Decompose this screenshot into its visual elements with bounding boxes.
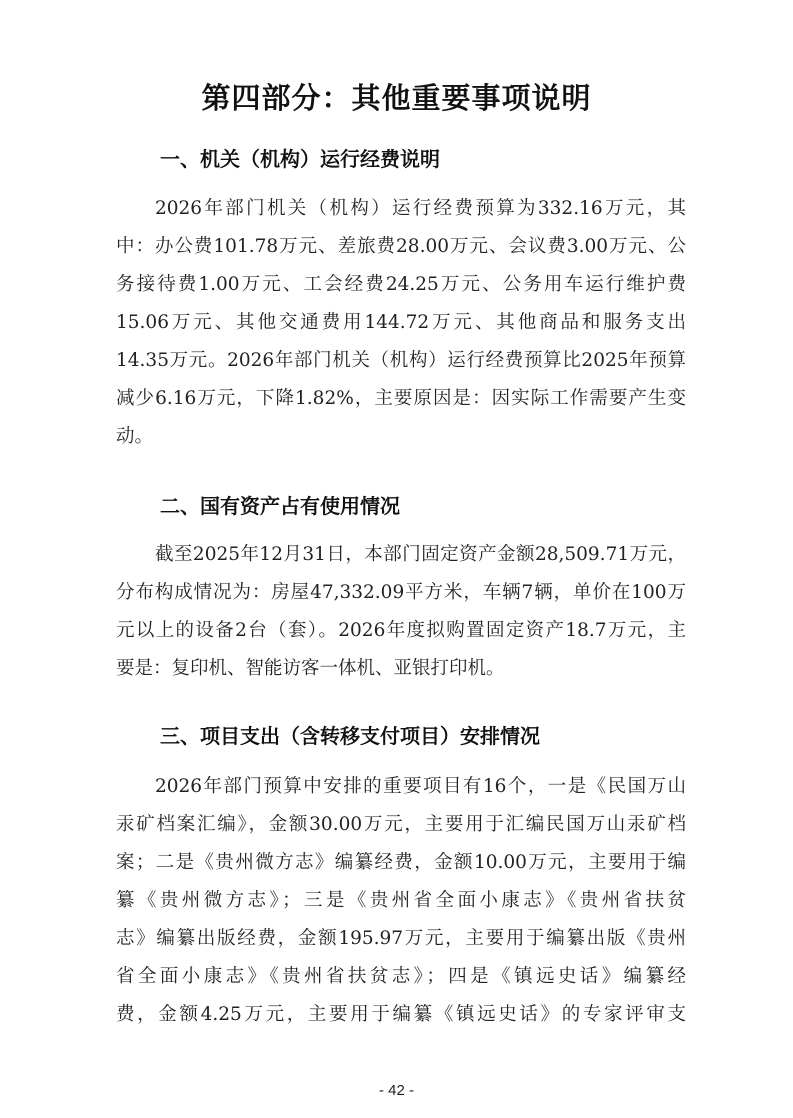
paragraph-line: 元以上的设备2台（套）。2026年度拟购置固定资产18.7万元，主 [116, 612, 686, 650]
paragraph-line: 要是：复印机、智能访客一体机、亚银打印机。 [116, 650, 686, 688]
paragraph-line: 纂《贵州微方志》；三是《贵州省全面小康志》《贵州省扶贫 [116, 882, 686, 920]
section-heading-project-expenditure: 三、项目支出（含转移支付项目）安排情况 [160, 720, 540, 749]
paragraph-line: 汞矿档案汇编》，金额30.00万元，主要用于汇编民国万山汞矿档 [116, 806, 686, 844]
paragraph-line: 务接待费1.00万元、工会经费24.25万元、公务用车运行维护费 [116, 266, 686, 304]
paragraph-line: 省全面小康志》《贵州省扶贫志》；四是《镇远史话》编纂经 [116, 958, 686, 996]
paragraph-line: 14.35万元。2026年部门机关（机构）运行经费预算比2025年预算 [116, 342, 686, 380]
section-heading-operating-expenses: 一、机关（机构）运行经费说明 [160, 143, 440, 172]
paragraph-line: 案；二是《贵州微方志》编纂经费，金额10.00万元，主要用于编 [116, 844, 686, 882]
paragraph-line: 15.06万元、其他交通费用144.72万元、其他商品和服务支出 [116, 304, 686, 342]
paragraph-state-assets: 截至2025年12月31日，本部门固定资产金额28,509.71万元， 分布构成… [116, 536, 686, 688]
paragraph-line: 分布构成情况为：房屋47,332.09平方米，车辆7辆，单价在100万 [116, 574, 686, 612]
paragraph-line: 志》编纂出版经费，金额195.97万元，主要用于编纂出版《贵州 [116, 920, 686, 958]
paragraph-project-expenditure: 2026年部门预算中安排的重要项目有16个，一是《民国万山 汞矿档案汇编》，金额… [116, 768, 686, 1034]
page-number: - 42 - [0, 1082, 793, 1099]
paragraph-line: 2026年部门预算中安排的重要项目有16个，一是《民国万山 [116, 768, 686, 806]
page-title: 第四部分：其他重要事项说明 [0, 76, 793, 117]
paragraph-line: 动。 [116, 418, 686, 456]
paragraph-line: 截至2025年12月31日，本部门固定资产金额28,509.71万元， [116, 536, 686, 574]
paragraph-line: 2026年部门机关（机构）运行经费预算为332.16万元，其 [116, 190, 686, 228]
paragraph-line: 中：办公费101.78万元、差旅费28.00万元、会议费3.00万元、公 [116, 228, 686, 266]
paragraph-operating-expenses: 2026年部门机关（机构）运行经费预算为332.16万元，其 中：办公费101.… [116, 190, 686, 456]
section-heading-state-assets: 二、国有资产占有使用情况 [160, 490, 400, 519]
paragraph-line: 减少6.16万元，下降1.82%，主要原因是：因实际工作需要产生变 [116, 380, 686, 418]
paragraph-line: 费，金额4.25万元，主要用于编纂《镇远史话》的专家评审支 [116, 996, 686, 1034]
document-page: 第四部分：其他重要事项说明 一、机关（机构）运行经费说明 2026年部门机关（机… [0, 0, 793, 1118]
